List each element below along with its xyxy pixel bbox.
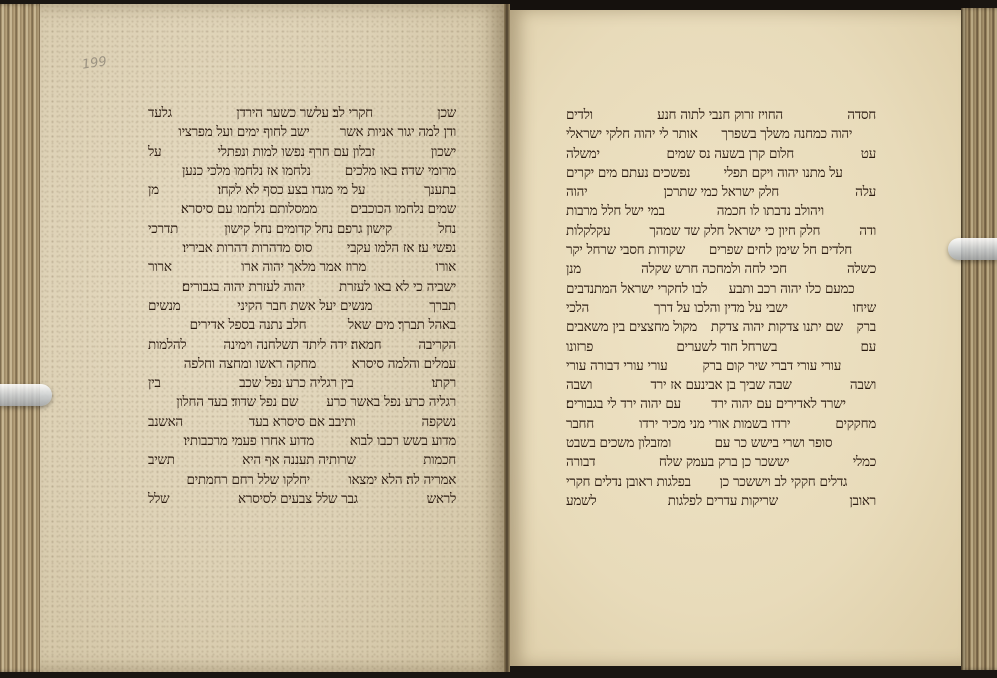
text-segment: ישב לחוף ימים ועל מפרציו bbox=[178, 123, 309, 142]
text-line: מרומי שדה׃ באו מלכיםנלחמו אז נלחמו מלכי … bbox=[148, 162, 456, 181]
text-segment: ודה bbox=[859, 222, 876, 241]
text-segment: אורו bbox=[436, 258, 456, 277]
text-line: גדלים חקקי לב ויששכר כןבפלגות ראובן נדלי… bbox=[566, 473, 876, 492]
text-line: תברךמנשים יעל אשת חבר הקינימנשים bbox=[148, 297, 456, 316]
text-line: לראשגבר שלל צבעים לסיסראשלל bbox=[148, 490, 456, 509]
text-segment: אמריה לה׃ הלא ימצאו bbox=[348, 471, 456, 490]
glass-page-weight-left-icon bbox=[0, 384, 52, 406]
text-segment: גבר שלל צבעים לסיסרא bbox=[238, 490, 358, 509]
manuscript-spread: 199 שכןחקרי לב׃ עלשר כשער הירדןגלעדודן ל… bbox=[0, 0, 997, 678]
text-line: עלהחלק ישראל כמי שתרכןיהוה bbox=[566, 183, 876, 202]
text-segment: חלק ישראל כמי שתרכן bbox=[664, 183, 779, 202]
text-segment: ברק bbox=[857, 318, 876, 337]
text-segment: בפלגות ראובן נדלים חקרי bbox=[566, 473, 691, 492]
text-line: ראובןשריקות עדרים לפלגותלשמע bbox=[566, 492, 876, 511]
text-line: באהל תברך׃ מים שאלחלב נתנה בספל אדירים bbox=[148, 316, 456, 335]
text-segment: עם יהוה ירד לי בגבורים׃ bbox=[566, 395, 681, 414]
text-segment: סוס מדהרות דהרות אביריו׃ bbox=[183, 239, 312, 258]
text-segment: רגליה כרע נפל באשר כרע bbox=[326, 393, 456, 412]
text-segment: ישכון bbox=[431, 143, 456, 162]
text-segment: חלב נתנה בספל אדירים bbox=[190, 316, 307, 335]
text-segment: לראש bbox=[427, 490, 456, 509]
text-segment: סופר ושרי בישש כר עם bbox=[715, 434, 833, 453]
text-line: נפשי עז׃ אז הלמו עקביסוס מדהרות דהרות אב… bbox=[148, 239, 456, 258]
text-line: שכןחקרי לב׃ עלשר כשער הירדןגלעד bbox=[148, 104, 456, 123]
text-segment: שיחו bbox=[853, 299, 876, 318]
text-segment: שלל bbox=[148, 490, 169, 509]
text-segment: תשיב bbox=[148, 451, 175, 470]
text-segment: במי ישל חלל מרבות bbox=[566, 202, 665, 221]
text-line: אמריה לה׃ הלא ימצאויחלקו שלל רחם רחמתים bbox=[148, 471, 456, 490]
text-segment: נשקפה bbox=[421, 413, 456, 432]
text-segment: ודן למה יגור אניות אשר bbox=[340, 123, 456, 142]
text-line: ודן למה יגור אניות אשרישב לחוף ימים ועל … bbox=[148, 123, 456, 142]
text-line: כמעם כלו יהוה רכב ותבעלבו לחקרי ישראל המ… bbox=[566, 280, 876, 299]
text-segment: ולדים bbox=[566, 106, 593, 125]
text-segment: חקרי לב׃ עלשר כשער הירדן bbox=[236, 104, 373, 123]
text-segment: ותיבב אם סיסרא בעד bbox=[249, 413, 356, 432]
text-segment: עט bbox=[861, 145, 876, 164]
text-segment: שבה שביך בן אבינעם אז ירד bbox=[650, 376, 791, 395]
text-segment: יהוה לעזרת יהוה בגבורים׃ bbox=[182, 278, 305, 297]
text-segment: על bbox=[148, 143, 161, 162]
text-line: ויהולב נדבתו לו חכמהבמי ישל חלל מרבות bbox=[566, 202, 876, 221]
text-segment: ושבה bbox=[566, 376, 592, 395]
text-segment: להלמות bbox=[148, 336, 186, 355]
left-page-edges bbox=[0, 4, 44, 672]
text-segment: תדרכי bbox=[148, 220, 178, 239]
text-line: עורי עורי דברי שיר קום ברקעורי עורי דבור… bbox=[566, 357, 876, 376]
text-segment: מן bbox=[148, 181, 159, 200]
text-segment: באהל תברך׃ מים שאל bbox=[348, 316, 456, 335]
right-page-edges bbox=[961, 8, 997, 670]
text-segment: חחבר bbox=[566, 415, 594, 434]
text-line: אורומרוז אמר מלאך יהוה ארוארור bbox=[148, 258, 456, 277]
text-line: ישרד לאדירים עם יהוה ירדעם יהוה ירד לי ב… bbox=[566, 395, 876, 414]
text-segment: שריקות עדרים לפלגות bbox=[668, 492, 778, 511]
text-segment: לבו לחקרי ישראל המתנדבים bbox=[566, 280, 707, 299]
text-segment: שכן bbox=[437, 104, 456, 123]
text-segment: חמאה׃ ידה ליתד תשלחנה וימינה bbox=[223, 336, 381, 355]
text-segment: זבלון עם חרף נפשו למות ונפתלי bbox=[217, 143, 374, 162]
text-segment: גדלים חקקי לב ויששכר כן bbox=[720, 473, 848, 492]
text-line: יהוה כמחנה משלך בשפרךאותר לי יהוה חלקי י… bbox=[566, 125, 876, 144]
text-segment: ישביה כי לא באו לעזרת bbox=[339, 278, 456, 297]
text-segment: מחקקים bbox=[835, 415, 876, 434]
text-segment: מדוע אחרו פעמי מרכבותיו׃ bbox=[184, 432, 314, 451]
text-segment: על מי מגדו בצע כסף לא לקחו׃ bbox=[218, 181, 365, 200]
text-segment: חלדים חל שימן לחים שפרים bbox=[709, 241, 852, 260]
text-segment: מקול מחצצים בין משאבים bbox=[566, 318, 697, 337]
text-segment: פרזונו bbox=[566, 338, 593, 357]
text-segment: מדוע בשש רכבו לבוא bbox=[350, 432, 456, 451]
text-segment: שרותיה תעננה אף היא bbox=[242, 451, 355, 470]
text-line: רקתו׃בין רגליה כרע נפל שכבבין bbox=[148, 374, 456, 393]
text-segment: הקריבה bbox=[418, 336, 456, 355]
text-segment: נפשי עז׃ אז הלמו עקבי bbox=[347, 239, 456, 258]
text-segment: נפשכים נעתם מים יקרים bbox=[566, 164, 690, 183]
text-segment: ושבה bbox=[850, 376, 876, 395]
text-segment: עקלקלות bbox=[566, 222, 610, 241]
glass-page-weight-right-icon bbox=[948, 238, 997, 260]
text-line: ישביה כי לא באו לעזרתיהוה לעזרת יהוה בגב… bbox=[148, 278, 456, 297]
text-line: מחקקיםירדו בשמות אורי מני מכיר ירדוחחבר bbox=[566, 415, 876, 434]
text-line: ודהחלק חיון כי ישראל חלק שד שמהךעקלקלות bbox=[566, 222, 876, 241]
text-line: ישכוןזבלון עם חרף נפשו למות ונפתליעל bbox=[148, 143, 456, 162]
text-line: הקריבהחמאה׃ ידה ליתד תשלחנה וימינהלהלמות bbox=[148, 336, 456, 355]
text-segment: תברך bbox=[429, 297, 456, 316]
text-line: רגליה כרע נפל באשר כרעשם נפל שדוד׃ בעד ה… bbox=[148, 393, 456, 412]
text-segment: ממסלותם נלחמו עם סיסרא׃ bbox=[181, 200, 317, 219]
text-segment: אותר לי יהוה חלקי ישראלי bbox=[566, 125, 698, 144]
text-line: חסדההחויז זרוק חנבי לתוה חנעולדים bbox=[566, 106, 876, 125]
text-segment: כמעם כלו יהוה רכב ותבע bbox=[729, 280, 855, 299]
text-segment: יששכר כן ברק בעמק שלח bbox=[659, 453, 789, 472]
text-segment: החויז זרוק חנבי לתוה חנע bbox=[657, 106, 783, 125]
text-segment: דבורה bbox=[566, 453, 595, 472]
text-segment: נלחמו אז נלחמו מלכי כנען bbox=[182, 162, 311, 181]
text-line: עטחלום קרן בשעה נס שמיםימשלה bbox=[566, 145, 876, 164]
text-segment: מנן bbox=[566, 260, 581, 279]
text-segment: נחל bbox=[438, 220, 456, 239]
text-segment: מרומי שדה׃ באו מלכים bbox=[345, 162, 456, 181]
text-line: סופר ושרי בישש כר עםומזבלון משכים בשבט bbox=[566, 434, 876, 453]
text-segment: האשנב bbox=[148, 413, 183, 432]
text-segment: עורי עורי דבורה עורי bbox=[566, 357, 668, 376]
text-segment: מנשים bbox=[148, 297, 180, 316]
text-segment: ויהולב נדבתו לו חכמה bbox=[717, 202, 824, 221]
text-segment: עם bbox=[861, 338, 876, 357]
text-line: עמלים והלמה סיסראמחקה ראשו ומחצה וחלפה bbox=[148, 355, 456, 374]
text-segment: עורי עורי דברי שיר קום ברק bbox=[702, 357, 841, 376]
text-segment: עמלים והלמה סיסרא bbox=[352, 355, 456, 374]
text-segment: כשלה bbox=[847, 260, 876, 279]
text-segment: הלכי bbox=[566, 299, 589, 318]
text-segment: חלק חיון כי ישראל חלק שד שמהך bbox=[649, 222, 820, 241]
text-segment: בשרחל חוד לשערים bbox=[676, 338, 777, 357]
text-line: על מתנו יהוה ויקם תפלינפשכים נעתם מים יק… bbox=[566, 164, 876, 183]
text-segment: מחקה ראשו ומחצה וחלפה bbox=[184, 355, 316, 374]
text-segment: יהוה כמחנה משלך בשפרך bbox=[721, 125, 852, 144]
text-segment: בתענך bbox=[424, 181, 456, 200]
text-segment: גלעד bbox=[148, 104, 172, 123]
text-line: חכמותשרותיה תעננה אף היאתשיב bbox=[148, 451, 456, 470]
left-text-block: שכןחקרי לב׃ עלשר כשער הירדןגלעדודן למה י… bbox=[148, 104, 456, 509]
text-segment: חכמות bbox=[423, 451, 456, 470]
text-segment: בין רגליה כרע נפל שכב bbox=[239, 374, 353, 393]
text-line: שיחוישבי על מדין והלכו על דרךהלכי bbox=[566, 299, 876, 318]
text-segment: חלום קרן בשעה נס שמים bbox=[667, 145, 794, 164]
text-segment: חסדה bbox=[847, 106, 876, 125]
text-line: בתענךעל מי מגדו בצע כסף לא לקחו׃מן bbox=[148, 181, 456, 200]
text-segment: ארור bbox=[148, 258, 172, 277]
text-segment: ירדו בשמות אורי מני מכיר ירדו bbox=[639, 415, 790, 434]
text-segment: שקודות חסבי שרחל יקר bbox=[566, 241, 685, 260]
text-line: עםבשרחל חוד לשעריםפרזונו bbox=[566, 338, 876, 357]
text-segment: כמלי bbox=[853, 453, 876, 472]
text-line: נחלקישון גרפם נחל קדומים נחל קישוןתדרכי bbox=[148, 220, 456, 239]
text-segment: ישרד לאדירים עם יהוה ירד bbox=[711, 395, 845, 414]
text-line: ברקשם יתנו צדקות יהוה צדקתמקול מחצצים בי… bbox=[566, 318, 876, 337]
text-segment: רקתו׃ bbox=[432, 374, 456, 393]
text-segment: קישון גרפם נחל קדומים נחל קישון bbox=[224, 220, 392, 239]
text-segment: מרוז אמר מלאך יהוה ארו bbox=[241, 258, 366, 277]
text-segment: שם נפל שדוד׃ בעד החלון bbox=[176, 393, 298, 412]
text-segment: על מתנו יהוה ויקם תפלי bbox=[724, 164, 843, 183]
text-segment: חכי לחה ולמחכה חרש שקלה bbox=[641, 260, 787, 279]
text-segment: עלה bbox=[855, 183, 876, 202]
text-line: כמלייששכר כן ברק בעמק שלחדבורה bbox=[566, 453, 876, 472]
text-line: שמים נלחמו הכוכביםממסלותם נלחמו עם סיסרא… bbox=[148, 200, 456, 219]
text-line: מדוע בשש רכבו לבואמדוע אחרו פעמי מרכבותי… bbox=[148, 432, 456, 451]
text-segment: מנשים יעל אשת חבר הקיני bbox=[237, 297, 372, 316]
text-line: נשקפהותיבב אם סיסרא בעדהאשנב bbox=[148, 413, 456, 432]
text-segment: לשמע bbox=[566, 492, 596, 511]
text-segment: ומזבלון משכים בשבט bbox=[566, 434, 671, 453]
text-segment: יחלקו שלל רחם רחמתים bbox=[186, 471, 309, 490]
gutter bbox=[504, 4, 510, 672]
text-line: חלדים חל שימן לחים שפריםשקודות חסבי שרחל… bbox=[566, 241, 876, 260]
text-segment: ימשלה bbox=[566, 145, 600, 164]
text-line: ושבהשבה שביך בן אבינעם אז ירדושבה bbox=[566, 376, 876, 395]
text-line: כשלהחכי לחה ולמחכה חרש שקלהמנן bbox=[566, 260, 876, 279]
text-segment: ישבי על מדין והלכו על דרך bbox=[654, 299, 788, 318]
text-segment: ראובן bbox=[849, 492, 876, 511]
text-segment: שמים נלחמו הכוכבים bbox=[350, 200, 456, 219]
text-segment: יהוה bbox=[566, 183, 587, 202]
text-segment: בין bbox=[148, 374, 161, 393]
right-text-block: חסדההחויז זרוק חנבי לתוה חנעולדיםיהוה כמ… bbox=[566, 106, 876, 511]
text-segment: שם יתנו צדקות יהוה צדקת bbox=[711, 318, 843, 337]
